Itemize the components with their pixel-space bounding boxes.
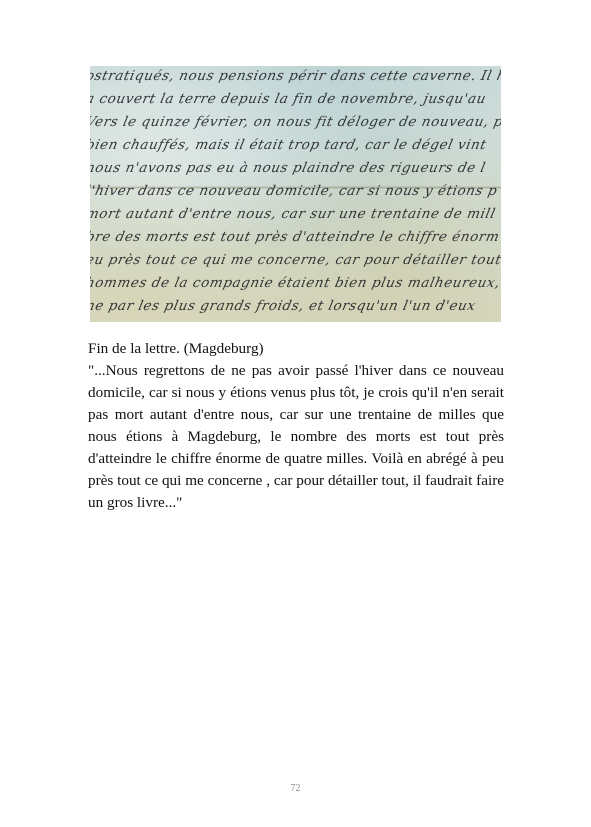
handwritten-line: mort autant d'entre nous, car sur une tr… [90, 206, 497, 222]
caption-title: Fin de la lettre. (Magdeburg) [88, 338, 504, 360]
page-number: 72 [0, 783, 591, 794]
manuscript-photo: ostratiqués, nous pensions périr dans ce… [90, 66, 501, 322]
handwritten-line: nous n'avons pas eu à nous plaindre des … [90, 160, 487, 176]
letter-quote: "...Nous regrettons de ne pas avoir pass… [88, 360, 504, 514]
handwritten-line: ne par les plus grands froids, et lorsqu… [90, 298, 477, 314]
handwritten-line: Vers le quinze février, on nous fit délo… [90, 114, 501, 130]
handwritten-line: a couvert la terre depuis la fin de nove… [90, 91, 488, 107]
handwritten-line: l'hiver dans ce nouveau domicile, car si… [90, 183, 499, 199]
handwritten-line: eu près tout ce qui me concerne, car pou… [90, 252, 501, 268]
handwritten-line: hommes de la compagnie étaient bien plus… [90, 275, 501, 291]
handwritten-line: ostratiqués, nous pensions périr dans ce… [90, 68, 501, 84]
handwritten-line: bre des morts est tout près d'atteindre … [90, 229, 501, 245]
handwritten-line: bien chauffés, mais il était trop tard, … [90, 137, 488, 153]
caption-block: Fin de la lettre. (Magdeburg) "...Nous r… [88, 338, 504, 514]
